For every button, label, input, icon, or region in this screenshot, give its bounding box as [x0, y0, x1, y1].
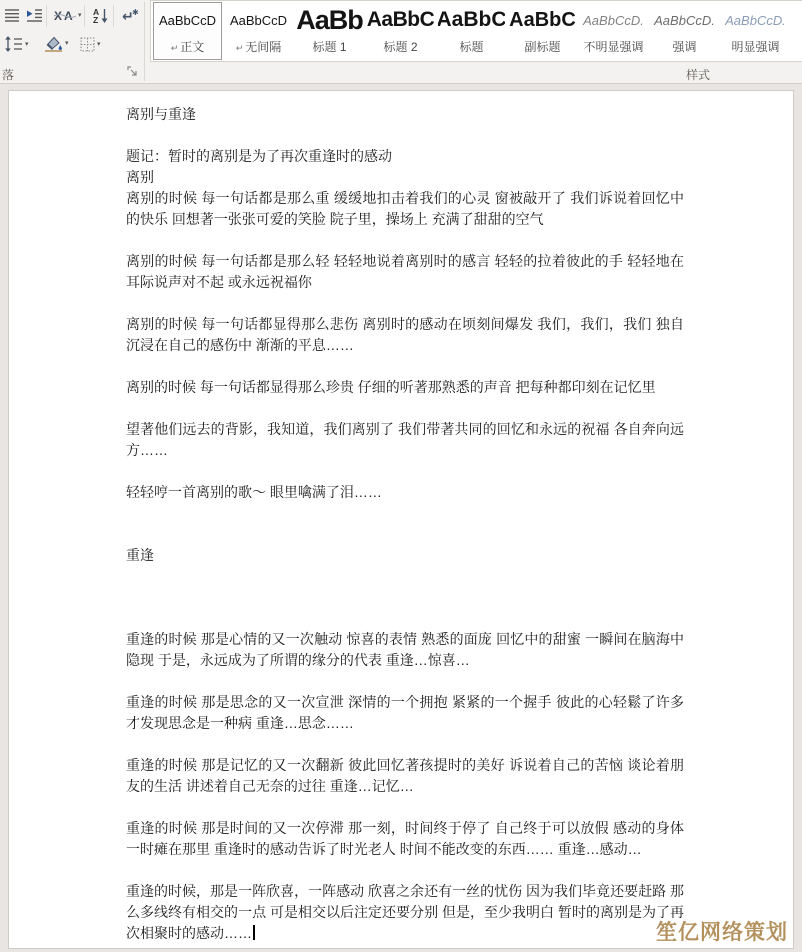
style-preview: AaBbCcD — [225, 3, 292, 37]
style-preview: AaBbCcD. — [722, 3, 789, 37]
style-name: 不明显强调 — [583, 37, 643, 59]
style-card-标题 1[interactable]: AaBb标题 1 — [295, 2, 364, 60]
paragraph[interactable] — [126, 356, 684, 377]
style-card-副标题[interactable]: AaBbC副标题 — [508, 2, 577, 60]
paragraph[interactable]: 重逢 — [126, 545, 684, 566]
svg-text:✱: ✱ — [132, 8, 139, 17]
dropdown-arrow-icon: ▾ — [65, 40, 69, 47]
paragraph[interactable]: 题记：暂时的离别是为了再次重逢时的感动 — [126, 146, 684, 167]
paragraph[interactable]: 重逢的时候，那是一阵欣喜，一阵感动 欣喜之余还有一丝的忧伤 因为我们毕竟还要赶路… — [126, 881, 684, 944]
paragraph[interactable]: 离别的时候 每一句话都显得那么珍贵 仔细的听著那熟悉的声音 把每种都印刻在记忆里 — [126, 377, 684, 398]
borders-icon — [80, 37, 95, 52]
paragraph[interactable]: 重逢的时候 那是时间的又一次停滞 那一刻，时间终于停了 自己终于可以放假 感动的… — [126, 818, 684, 860]
paragraph[interactable]: 轻轻哼一首离别的歌～ 眼里噙满了泪…… — [126, 482, 684, 503]
distribute-text-button[interactable] — [2, 6, 22, 25]
style-preview: AaBbCcD — [154, 3, 221, 37]
style-name-text: 标题 — [459, 40, 483, 54]
paragraph[interactable]: 重逢的时候 那是心情的又一次触动 惊喜的表情 熟悉的面庞 回忆中的甜蜜 一瞬间在… — [126, 629, 684, 671]
paragraph[interactable] — [126, 461, 684, 482]
style-name: 标题 2 — [383, 37, 417, 59]
line-spacing-icon — [4, 36, 23, 52]
style-name-text: 标题 2 — [383, 40, 417, 54]
styles-group-label: 样式 — [686, 66, 710, 83]
paragraph[interactable] — [126, 125, 684, 146]
paragraph[interactable] — [126, 797, 684, 818]
watermark: 笙亿网络策划 — [656, 916, 788, 946]
dialog-launcher-icon[interactable] — [127, 64, 138, 82]
style-preview: AaBb — [296, 3, 363, 37]
distribute-text-icon — [4, 8, 20, 23]
style-name: 标题 1 — [312, 37, 346, 59]
style-preview: AaBbC — [367, 3, 434, 37]
paragraph[interactable] — [126, 230, 684, 251]
asian-layout-icon: X A — [54, 9, 76, 22]
separator — [113, 5, 114, 27]
paragraph[interactable] — [126, 566, 684, 587]
paragraph[interactable]: 离别的时候 每一句话都显得那么悲伤 离别时的感动在顷刻间爆发 我们，我们，我们 … — [126, 314, 684, 356]
paragraph[interactable]: 离别的时候 每一句话都是那么重 缓缓地扣击着我们的心灵 窗被敲开了 我们诉说着回… — [126, 188, 684, 230]
style-card-不明显强调[interactable]: AaBbCcD.不明显强调 — [579, 2, 648, 60]
sort-button[interactable]: A Z — [91, 5, 111, 26]
style-name-text: 标题 1 — [312, 40, 346, 54]
paragraph-marker-icon: ↵ — [236, 43, 244, 53]
dropdown-arrow-icon: ▾ — [25, 41, 29, 48]
style-card-明显强调[interactable]: AaBbCcD.明显强调 — [721, 2, 790, 60]
paragraph[interactable] — [126, 860, 684, 881]
paragraph[interactable] — [126, 524, 684, 545]
separator — [84, 5, 85, 27]
style-name: ↵正文 — [171, 37, 205, 59]
line-spacing-button[interactable]: ▾ — [2, 34, 31, 54]
styles-gallery: AaBbCcD↵正文AaBbCcD↵无间隔AaBb标题 1AaBbC标题 2Aa… — [150, 0, 802, 62]
paragraph-group-label: 落 — [2, 66, 14, 83]
paragraph[interactable]: 离别的时候 每一句话都是那么轻 轻轻地说着离别时的感言 轻轻的拉着彼此的手 轻轻… — [126, 251, 684, 293]
style-preview: AaBbCcD. — [651, 3, 718, 37]
paragraph[interactable]: 望著他们远去的背影，我知道，我们离别了 我们带著共同的回忆和永远的祝福 各自奔向… — [126, 419, 684, 461]
style-preview: AaBbC — [509, 3, 576, 37]
paragraph[interactable]: 离别 — [126, 167, 684, 188]
style-name-text: 正文 — [180, 40, 204, 54]
style-name: 明显强调 — [731, 37, 779, 59]
style-preview: AaBbCcD. — [580, 3, 647, 37]
svg-text:A: A — [64, 9, 73, 22]
asian-layout-button[interactable]: X A ▾ — [52, 7, 84, 24]
style-name-text: 副标题 — [524, 40, 560, 54]
dropdown-arrow-icon: ▾ — [78, 12, 82, 19]
paragraph-marker-icon: ↵ — [171, 43, 179, 53]
paragraph[interactable] — [126, 587, 684, 608]
style-name-text: 不明显强调 — [583, 40, 643, 54]
style-name-text: 无间隔 — [245, 40, 281, 54]
paragraph[interactable]: 重逢的时候 那是思念的又一次宣泄 深情的一个拥抱 紧紧的一个握手 彼此的心轻鬆了… — [126, 692, 684, 734]
style-name-text: 明显强调 — [731, 40, 779, 54]
text-cursor — [253, 925, 255, 940]
indent-button[interactable] — [24, 6, 45, 25]
ribbon: X A ▾ A Z ↵ ✱ ▾ — [0, 0, 802, 84]
separator — [46, 5, 47, 27]
dropdown-arrow-icon: ▾ — [97, 41, 101, 48]
svg-text:Z: Z — [93, 15, 98, 24]
paragraph[interactable] — [126, 671, 684, 692]
style-preview: AaBbC — [438, 3, 505, 37]
style-name: 标题 — [459, 37, 483, 59]
document-page[interactable]: 离别与重逢题记：暂时的离别是为了再次重逢时的感动离别离别的时候 每一句话都是那么… — [8, 90, 794, 949]
borders-button[interactable]: ▾ — [78, 35, 103, 54]
paragraph[interactable] — [126, 293, 684, 314]
paragraph[interactable] — [126, 608, 684, 629]
group-separator — [144, 2, 145, 81]
indent-icon — [26, 8, 43, 23]
shading-icon — [44, 35, 63, 52]
paragraph[interactable] — [126, 503, 684, 524]
style-name-text: 强调 — [672, 40, 696, 54]
style-card-标题[interactable]: AaBbC标题 — [437, 2, 506, 60]
paragraph[interactable] — [126, 734, 684, 755]
sort-icon: A Z — [93, 7, 109, 24]
style-name: 强调 — [672, 37, 696, 59]
show-marks-icon: ↵ ✱ — [122, 7, 139, 24]
style-card-无间隔[interactable]: AaBbCcD↵无间隔 — [224, 2, 293, 60]
style-card-强调[interactable]: AaBbCcD.强调 — [650, 2, 719, 60]
document-canvas: 离别与重逢题记：暂时的离别是为了再次重逢时的感动离别离别的时候 每一句话都是那么… — [0, 84, 802, 952]
paragraph[interactable]: 离别与重逢 — [126, 104, 684, 125]
paragraph[interactable]: 重逢的时候 那是记忆的又一次翻新 彼此回忆著孩提时的美好 诉说着自己的苦恼 谈论… — [126, 755, 684, 797]
style-name: 副标题 — [524, 37, 560, 59]
shading-button[interactable]: ▾ — [42, 33, 71, 54]
show-marks-button[interactable]: ↵ ✱ — [120, 5, 141, 26]
text-editor[interactable]: 离别与重逢题记：暂时的离别是为了再次重逢时的感动离别离别的时候 每一句话都是那么… — [126, 104, 684, 944]
style-card-正文[interactable]: AaBbCcD↵正文 — [153, 2, 222, 60]
paragraph[interactable] — [126, 398, 684, 419]
style-name: ↵无间隔 — [236, 37, 282, 59]
style-card-标题 2[interactable]: AaBbC标题 2 — [366, 2, 435, 60]
